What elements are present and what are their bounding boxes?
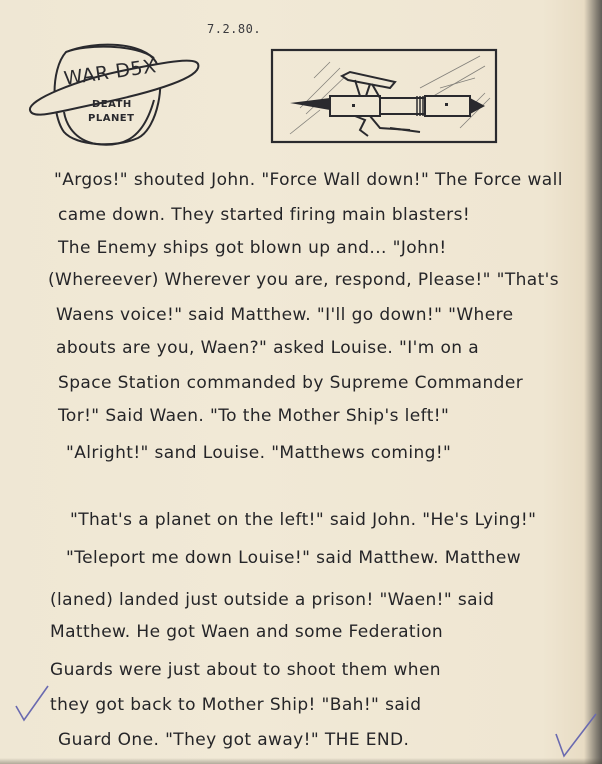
story-line: The Enemy ships got blown up and... "Joh… [58,238,447,258]
story-line: Guards were just about to shoot them whe… [50,660,441,680]
story-line: Tor!" Said Waen. "To the Mother Ship's l… [58,406,449,426]
planet-subtitle-planet: PLANET [88,113,134,124]
spaceship-drawing [270,48,500,146]
story-line: they got back to Mother Ship! "Bah!" sai… [50,695,421,715]
story-line: "Alright!" sand Louise. "Matthews coming… [66,443,451,463]
death-planet-drawing: WAR D5X DEATH PLANET [26,40,206,150]
page-date: 7.2.80. [207,22,261,36]
story-line: "Teleport me down Louise!" said Matthew.… [66,548,521,568]
right-tick-mark-icon [552,712,598,760]
planet-subtitle-death: DEATH [92,99,132,110]
notebook-page: 7.2.80. WAR D5X DEATH PLANET [0,0,602,764]
planet-icon [26,40,206,150]
story-line: Waens voice!" said Matthew. "I'll go dow… [56,305,513,325]
story-line: abouts are you, Waen?" asked Louise. "I'… [56,338,479,358]
story-line: "That's a planet on the left!" said John… [70,510,536,530]
story-line: (laned) landed just outside a prison! "W… [50,590,494,610]
story-line: Space Station commanded by Supreme Comma… [58,373,523,393]
left-tick-mark-icon [12,682,52,726]
story-line: came down. They started firing main blas… [58,205,470,225]
spaceship-icon [270,48,500,146]
story-line: Guard One. "They got away!" THE END. [58,730,409,750]
story-line: "Argos!" shouted John. "Force Wall down!… [54,170,563,190]
story-line: Matthew. He got Waen and some Federation [50,622,443,642]
story-line: (Whereever) Wherever you are, respond, P… [48,270,559,290]
